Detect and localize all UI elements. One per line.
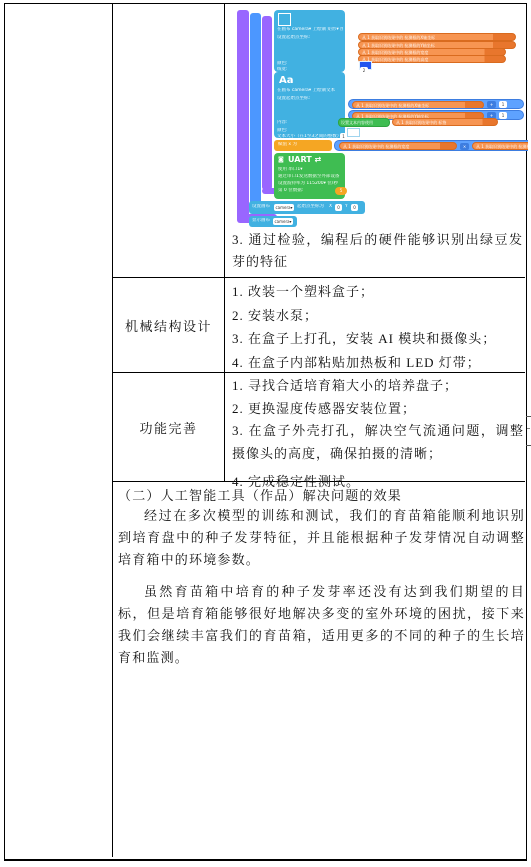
text-content-function: 设置文本内容使用 [338, 118, 390, 127]
text-x-reporter: 从 1 获取识别结果中的 检测框的X轴坐标 [352, 101, 484, 109]
assign-left-reporter: 从 1 获取识别结果中的 检测框的宽度 [339, 142, 457, 150]
text-x-expression: 从 1 获取识别结果中的 检测框的X轴坐标 + 1 [348, 99, 524, 109]
text-content-reporter: 从 1 获取识别结果中的 标签 [392, 118, 498, 126]
uart-title: UART ⇄ [288, 155, 321, 164]
list-item: 4. 在盒子内部粘贴加热板和 LED 灯带； [232, 351, 524, 375]
text-x-operator: + [487, 101, 496, 108]
x-value-reporter: 从 1 获取识别结果中的 检测框的X轴坐标 [358, 33, 516, 41]
assign-operator: × [460, 143, 469, 150]
tail1-camera-dropdown: camera▾ [274, 204, 294, 211]
func-items: 1. 寻找合适培育箱大小的培养盘子； 2. 更换湿度传感器安装位置； 3. 在盒… [232, 375, 524, 494]
uart-line1: 使用 串口1▾ [278, 167, 342, 173]
show-canvas-block: 显示画布 camera▾ [249, 216, 297, 227]
mech-design-label: 机械结构设计 [113, 278, 224, 372]
tail1-text1: 设置画布 [252, 204, 270, 210]
draw-rect-title: 在画布 camera▾ 上绘制 矩形▾ 图形 [277, 27, 343, 33]
paragraph: 经过在多次模型的训练和测试，我们的育苗箱能顺利地识别到培育盘中的种子发芽特征，并… [118, 505, 525, 571]
width-label: 宽 [349, 49, 354, 55]
list-item: 1. 寻找合适培育箱大小的培养盘子； [232, 375, 524, 398]
func-label: 功能完善 [113, 374, 224, 480]
draw-text-title: 在画布 camera▾ 上绘制文本 [277, 88, 343, 94]
text-content-label: 内容: [277, 120, 288, 126]
set-canvas-origin-block: 设置画布 camera▾ 起始点坐标为 X 0 Y 0 [249, 201, 365, 214]
list-item: 2. 更换湿度传感器安装位置； [232, 398, 524, 421]
rect-shape-icon [278, 13, 291, 26]
height-value-reporter: 从 1 获取识别结果中的 检测框的高度 [358, 55, 506, 63]
list-item: 1. 改装一个塑料盒子； [232, 280, 524, 304]
tail1-y-label: Y [345, 204, 348, 210]
tail2-text: 显示画布 [252, 218, 270, 224]
uart-icon: ◙ [278, 156, 284, 163]
tail1-x-value: 0 [335, 204, 342, 211]
list-item: 3. 在盒子上打孔，安装 AI 模块和摄像头； [232, 327, 524, 351]
draw-rect-coord-label: 设置起始点坐标: [277, 35, 343, 41]
assign-label: 赋值 x 为 [278, 142, 297, 148]
text-color-swatch [347, 128, 360, 137]
height-label: 高 [349, 56, 354, 62]
edge-dash [527, 428, 530, 429]
mech-design-items: 1. 改装一个塑料盒子； 2. 安装水泵； 3. 在盒子上打孔，安装 AI 模块… [232, 280, 524, 374]
section-title: （二）人工智能工具（作品）解决问题的效果 [118, 485, 525, 504]
tail1-x-label: X [329, 204, 332, 210]
text-x-label: X [341, 101, 344, 107]
inner-loop-block [262, 16, 272, 190]
section-body: 经过在多次模型的训练和测试，我们的育苗箱能顺利地识别到培育盘中的种子发芽特征，并… [118, 505, 525, 669]
column-divider-2 [224, 4, 225, 482]
assign-right-reporter: 从 1 获取识别结果中的 检测框的高度 [472, 142, 528, 150]
rect-linewidth-value: 2 [360, 67, 368, 74]
uart-line2: 通过串口1发送数据至外部设备 [278, 174, 342, 180]
outer-loop-block [237, 10, 249, 222]
middle-loop-block [250, 13, 261, 209]
uart-line3: 设置波特率为 115200▾ 位/秒 [278, 181, 342, 187]
draw-text-coord-label: 设置起始点坐标: [277, 96, 343, 102]
edge-tick [526, 445, 531, 446]
y-label: Y [350, 42, 353, 48]
row1-caption: 3. 通过检验，编程后的硬件能够识别出绿豆发芽的特征 [232, 229, 523, 272]
tail2-camera-dropdown: camera▾ [273, 218, 293, 225]
uart-data-value: 5 [335, 187, 347, 195]
assign-expression: 从 1 获取识别结果中的 检测框的宽度 × 从 1 获取识别结果中的 检测框的高… [334, 140, 528, 151]
list-item: 2. 安装水泵； [232, 304, 524, 328]
edge-tick [526, 416, 531, 417]
text-y-number: 1 [499, 112, 507, 119]
tail1-y-value: 0 [351, 204, 358, 211]
tail1-text2: 起始点坐标为 [297, 204, 324, 210]
text-aa-icon: Aa [279, 75, 294, 86]
paragraph: 虽然育苗箱中培育的种子发芽率还没有达到我们期望的目标，但是培育箱能够很好地解决多… [118, 581, 525, 669]
text-x-number: 1 [499, 101, 507, 108]
assign-block: 赋值 x 为 [274, 140, 332, 151]
block-program-image: 在画布 camera▾ 上绘制 矩形▾ 图形 设置起始点坐标: X 从 1 获取… [230, 8, 528, 234]
document-page: 在画布 camera▾ 上绘制 矩形▾ 图形 设置起始点坐标: X 从 1 获取… [0, 0, 531, 867]
text-size-value: 1 [340, 133, 347, 140]
uart-line4: 第 0 位数据: [278, 188, 303, 194]
list-item: 3. 在盒子外壳打孔，解决空气流通问题，调整摄像头的高度，确保拍摄的清晰； [232, 420, 524, 465]
table-outer-border: 在画布 camera▾ 上绘制 矩形▾ 图形 设置起始点坐标: X 从 1 获取… [4, 3, 527, 861]
x-label: X [350, 34, 353, 40]
